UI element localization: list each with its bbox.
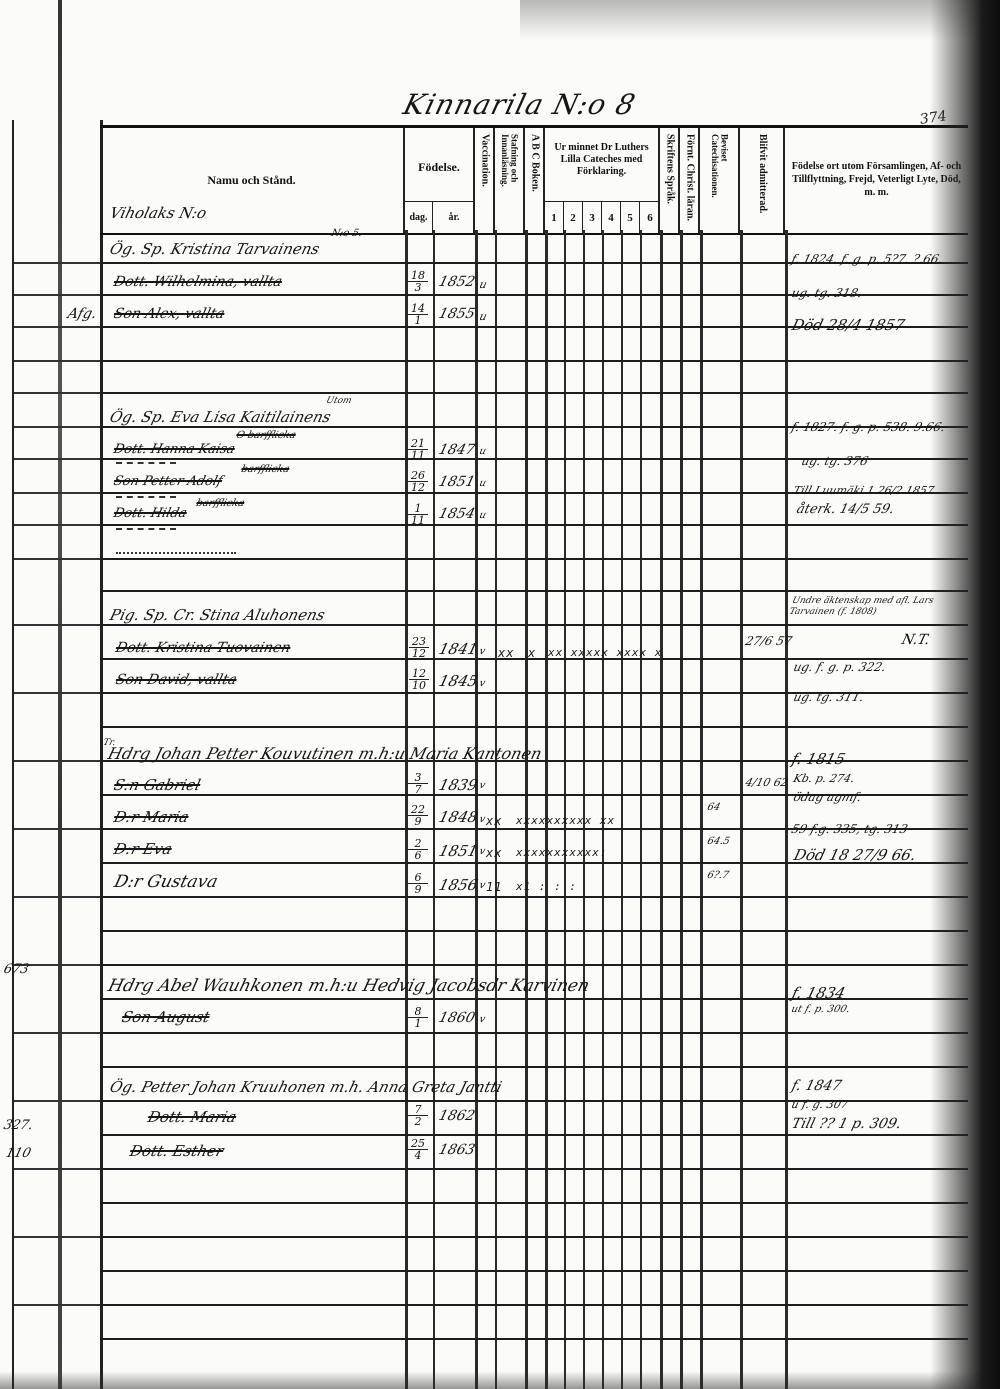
birth-year: 1860 [437, 1010, 477, 1026]
household-note: N:o 5. [330, 228, 363, 239]
birth-year: 1851 [437, 842, 480, 860]
birth-year: 1852 [437, 274, 477, 290]
note: ug. tg. 376 [800, 454, 870, 468]
grid-line [583, 230, 585, 1389]
birth-year: 1856 [437, 876, 480, 894]
header-abc: A B C Boken. [525, 128, 545, 233]
catechism-book-mark: 6?.7 [706, 870, 730, 881]
grid-row-line [100, 1338, 968, 1340]
margin-line [14, 1032, 100, 1034]
grid-line [433, 230, 435, 1389]
birth-day-month: 111 [408, 503, 428, 526]
vaccination-mark: v [478, 678, 486, 689]
member-name: Dott. Esther [128, 1142, 226, 1160]
member-name: Son David, vallta [114, 672, 238, 688]
header-birth: Födelse. dag. år. [405, 128, 475, 233]
header-christian: Förnt. Christ. läran. [680, 128, 700, 233]
grid-line [495, 230, 497, 1389]
note: N.T. [900, 632, 932, 648]
birth-year: 1841 [437, 640, 480, 658]
household-note: Utom [325, 396, 353, 406]
admitted-date: 27/6 57 [744, 634, 794, 648]
reading-marks: xx [486, 846, 502, 860]
grid-row-line [100, 1134, 968, 1136]
grid-line [660, 230, 663, 1389]
member-name: D:r Eva [112, 840, 174, 858]
margin-line [14, 262, 100, 264]
note: Undre äktenskap med afl. Lars Tarvainen … [788, 596, 953, 618]
member-name: Dott. Hilda [112, 506, 188, 521]
grid-row-line [100, 1236, 968, 1238]
grid-row-line [100, 1168, 968, 1170]
grid-line [545, 230, 548, 1389]
margin-note: 673 [2, 962, 31, 977]
household-head: Hdrg Johan Petter Kouvutinen m.h:u Maria… [106, 744, 544, 763]
birth-day-month: 37 [408, 772, 428, 795]
margin-line [14, 294, 100, 296]
catechism-marks: x1 : : : [516, 880, 577, 893]
grid-line [621, 230, 623, 1389]
grid-row-line [100, 360, 968, 362]
margin-line [14, 558, 100, 560]
dash-mark [116, 496, 176, 498]
birth-day-month: 26 [408, 838, 428, 861]
birth-year: 1854 [437, 506, 477, 522]
member-name: Dott. Maria [146, 1108, 238, 1126]
household-head: Pig. Sp. Cr. Stina Aluhonens [108, 606, 327, 624]
vaccination-mark: u [478, 278, 488, 291]
note: Kb. p. 274. [792, 772, 856, 785]
note: ödag agmf. [792, 790, 863, 804]
household-head: Ög. Sp. Kristina Tarvainens [108, 240, 321, 258]
header-catechism: Ur minnet Dr Luthers Lilla Cateches med … [545, 128, 660, 233]
margin-line [14, 692, 100, 694]
vaccination-mark: u [478, 310, 488, 323]
margin-line [14, 360, 100, 362]
catechism-book-mark: 64.5 [706, 836, 731, 847]
member-name: Son Alex, vallta [112, 306, 226, 322]
margin-line [14, 326, 100, 328]
margin-line [14, 458, 100, 460]
note: ug. tg. 318. [790, 286, 863, 300]
header-scripture: Skriftens Språk. [660, 128, 680, 233]
grid-line [700, 230, 703, 1389]
grid-row-line [100, 1032, 968, 1034]
grid-line [740, 230, 743, 1389]
vaccination-mark: v [478, 646, 486, 657]
grid-row-line [100, 964, 968, 966]
grid-row-line [100, 1304, 968, 1306]
grid-row-line [100, 896, 968, 898]
scan-noise-top [520, 0, 1000, 40]
grid-line [525, 230, 528, 1389]
member-name: S:n Gabriel [112, 776, 202, 794]
catechism-marks: xx xxxxx xxxx x [548, 646, 662, 659]
birth-year: 1863 [437, 1142, 477, 1158]
note: ug. f. g. p. 322. [792, 660, 888, 674]
birth-day-month: 183 [408, 270, 428, 293]
note: f. 1815 [790, 750, 847, 768]
reading-marks: 11 [486, 880, 502, 894]
note-death: Död 18 27/9 66. [792, 846, 918, 864]
scan-noise-bottom [0, 1371, 1000, 1389]
reading-marks: xx [486, 814, 502, 828]
birth-year: 1847 [437, 442, 477, 458]
birth-day-month: 2312 [409, 636, 429, 659]
margin-line [14, 492, 100, 494]
birth-day-month: 69 [408, 872, 428, 895]
member-name: Dott. Kristina Tuovainen [114, 640, 292, 656]
header-reading: Stafning och Innanläsning. [495, 128, 525, 233]
name-column-left-rule [100, 120, 103, 1389]
header-vaccination: Vaccination. [475, 128, 495, 233]
header-name: Namu och Stånd. Viholaks N:o [100, 128, 405, 233]
birth-year: 1845 [437, 672, 480, 690]
header-catechism-book: Beviset Catechisationen. [700, 128, 740, 233]
admitted-date: 4/10 62 [744, 776, 789, 789]
note: återk. 14/5 59. [795, 502, 896, 517]
vaccination-mark: u [478, 446, 487, 457]
margin-line [14, 426, 100, 428]
margin-line [14, 624, 100, 626]
vaccination-mark: v [478, 780, 486, 791]
grid-row-line [100, 392, 968, 394]
abc-marks: x [528, 646, 536, 660]
note: Till ?? 1 p. 309. [790, 1116, 903, 1132]
grid-row-line [100, 1202, 968, 1204]
grid-row-line [100, 524, 968, 526]
note: f. 1824. f. g. p. 5?7. ?.66. [790, 252, 944, 266]
member-name: Son Petter Adolf [112, 474, 224, 489]
village-title: Kinnarila N:o 8 [400, 88, 639, 121]
grid-row-line [100, 930, 968, 932]
birth-year: 1855 [437, 306, 477, 322]
dash-mark [116, 462, 176, 464]
birth-day-month: 1210 [409, 668, 429, 691]
note-death: Död 28/4 1857 [790, 316, 907, 334]
member-name: D:r Gustava [112, 872, 220, 892]
member-name: Dott. Wilhelmina, vallta [112, 274, 284, 290]
grid-row-line [100, 1270, 968, 1272]
grid-line [602, 230, 604, 1389]
member-name: Dott. Hanna Kaisa [112, 442, 236, 457]
catechism-book-mark: 64 [706, 802, 721, 813]
catechism-marks: xxxxxxxxxx xx [516, 814, 615, 827]
margin-note: 110 [4, 1146, 33, 1161]
catechism-marks: xxxxxxxxxxx: [516, 846, 607, 859]
margin-line [14, 1168, 100, 1170]
member-annotation: barfflicka [240, 464, 291, 475]
note: u f. g. 307 [790, 1098, 850, 1111]
vaccination-mark: v [478, 1014, 486, 1025]
note: ug. tg. 311. [792, 690, 865, 704]
village-heading: Viholaks N:o [108, 204, 209, 222]
birth-day-month: 81 [408, 1006, 428, 1029]
margin-line [14, 392, 100, 394]
margin-line [14, 896, 100, 898]
note: 59 f.g. 335, tg. 313 [790, 822, 909, 836]
birth-year: 1848 [437, 808, 480, 826]
header-birth-year: år. [433, 201, 475, 233]
grid-line [564, 230, 566, 1389]
margin-note: Afg. [66, 306, 98, 322]
birth-day-month: 2111 [408, 438, 428, 461]
birth-day-month: 229 [408, 804, 428, 827]
reading-marks: xx [498, 646, 514, 660]
table-header: Namu och Stånd. Viholaks N:o Födelse. da… [100, 125, 968, 235]
household-head: Ög. Petter Johan Kruuhonen m.h. Anna Gre… [108, 1078, 504, 1096]
binding-edge [58, 0, 62, 1389]
margin-line [14, 1304, 100, 1306]
birth-day-month: 72 [408, 1104, 428, 1127]
vaccination-mark: u [478, 478, 487, 489]
vaccination-mark: u [478, 510, 487, 521]
grid-row-line [100, 624, 968, 626]
birth-year: 1862 [437, 1108, 477, 1124]
header-birth-day: dag. [405, 201, 433, 233]
parish-register-page: Kinnarila N:o 8 374 Namu och Stånd. Viho… [0, 0, 1000, 1389]
header-admitted: Blifvit admitterad. [740, 128, 785, 233]
scan-shadow-right [930, 0, 1000, 1389]
grid-line [640, 230, 642, 1389]
grid-row-line [100, 726, 968, 728]
birth-day-month: 254 [408, 1138, 428, 1161]
grid-line [785, 230, 788, 1389]
member-annotation: barfflicka [195, 498, 246, 509]
member-annotation: O barfflicka [235, 430, 297, 441]
birth-day-month: 2612 [408, 470, 428, 493]
note: f. 1847 [790, 1078, 843, 1094]
birth-year: 1839 [437, 776, 480, 794]
margin-line [14, 828, 100, 830]
household-head: Hdrg Abel Wauhkonen m.h:u Hedvig Jacobsd… [106, 976, 591, 996]
note: ut f. p. 300. [790, 1004, 851, 1015]
margin-line [14, 1236, 100, 1238]
margin-line [14, 1100, 100, 1102]
grid-row-line [100, 1066, 968, 1068]
member-name: D:r Maria [112, 808, 191, 826]
dash-mark [116, 528, 176, 530]
birth-year: 1851 [437, 474, 477, 490]
margin-line [14, 524, 100, 526]
household-head: Ög. Sp. Eva Lisa Kaitilainens [108, 408, 333, 426]
margin-note: 327. [2, 1118, 35, 1133]
member-name: Son August [120, 1008, 212, 1026]
note: f. 1827. f. g. p. 538. 9.66. [790, 420, 947, 434]
margin-line [14, 760, 100, 762]
note: Till Luumäki 1 26/2 1857 [792, 484, 935, 497]
note: f. 1834 [790, 984, 847, 1002]
grid-row-line [100, 590, 968, 592]
dash-mark [116, 552, 236, 554]
left-margin-rule [12, 120, 14, 1389]
grid-line [680, 230, 683, 1389]
grid-row-line [100, 558, 968, 560]
birth-day-month: 141 [408, 303, 428, 326]
